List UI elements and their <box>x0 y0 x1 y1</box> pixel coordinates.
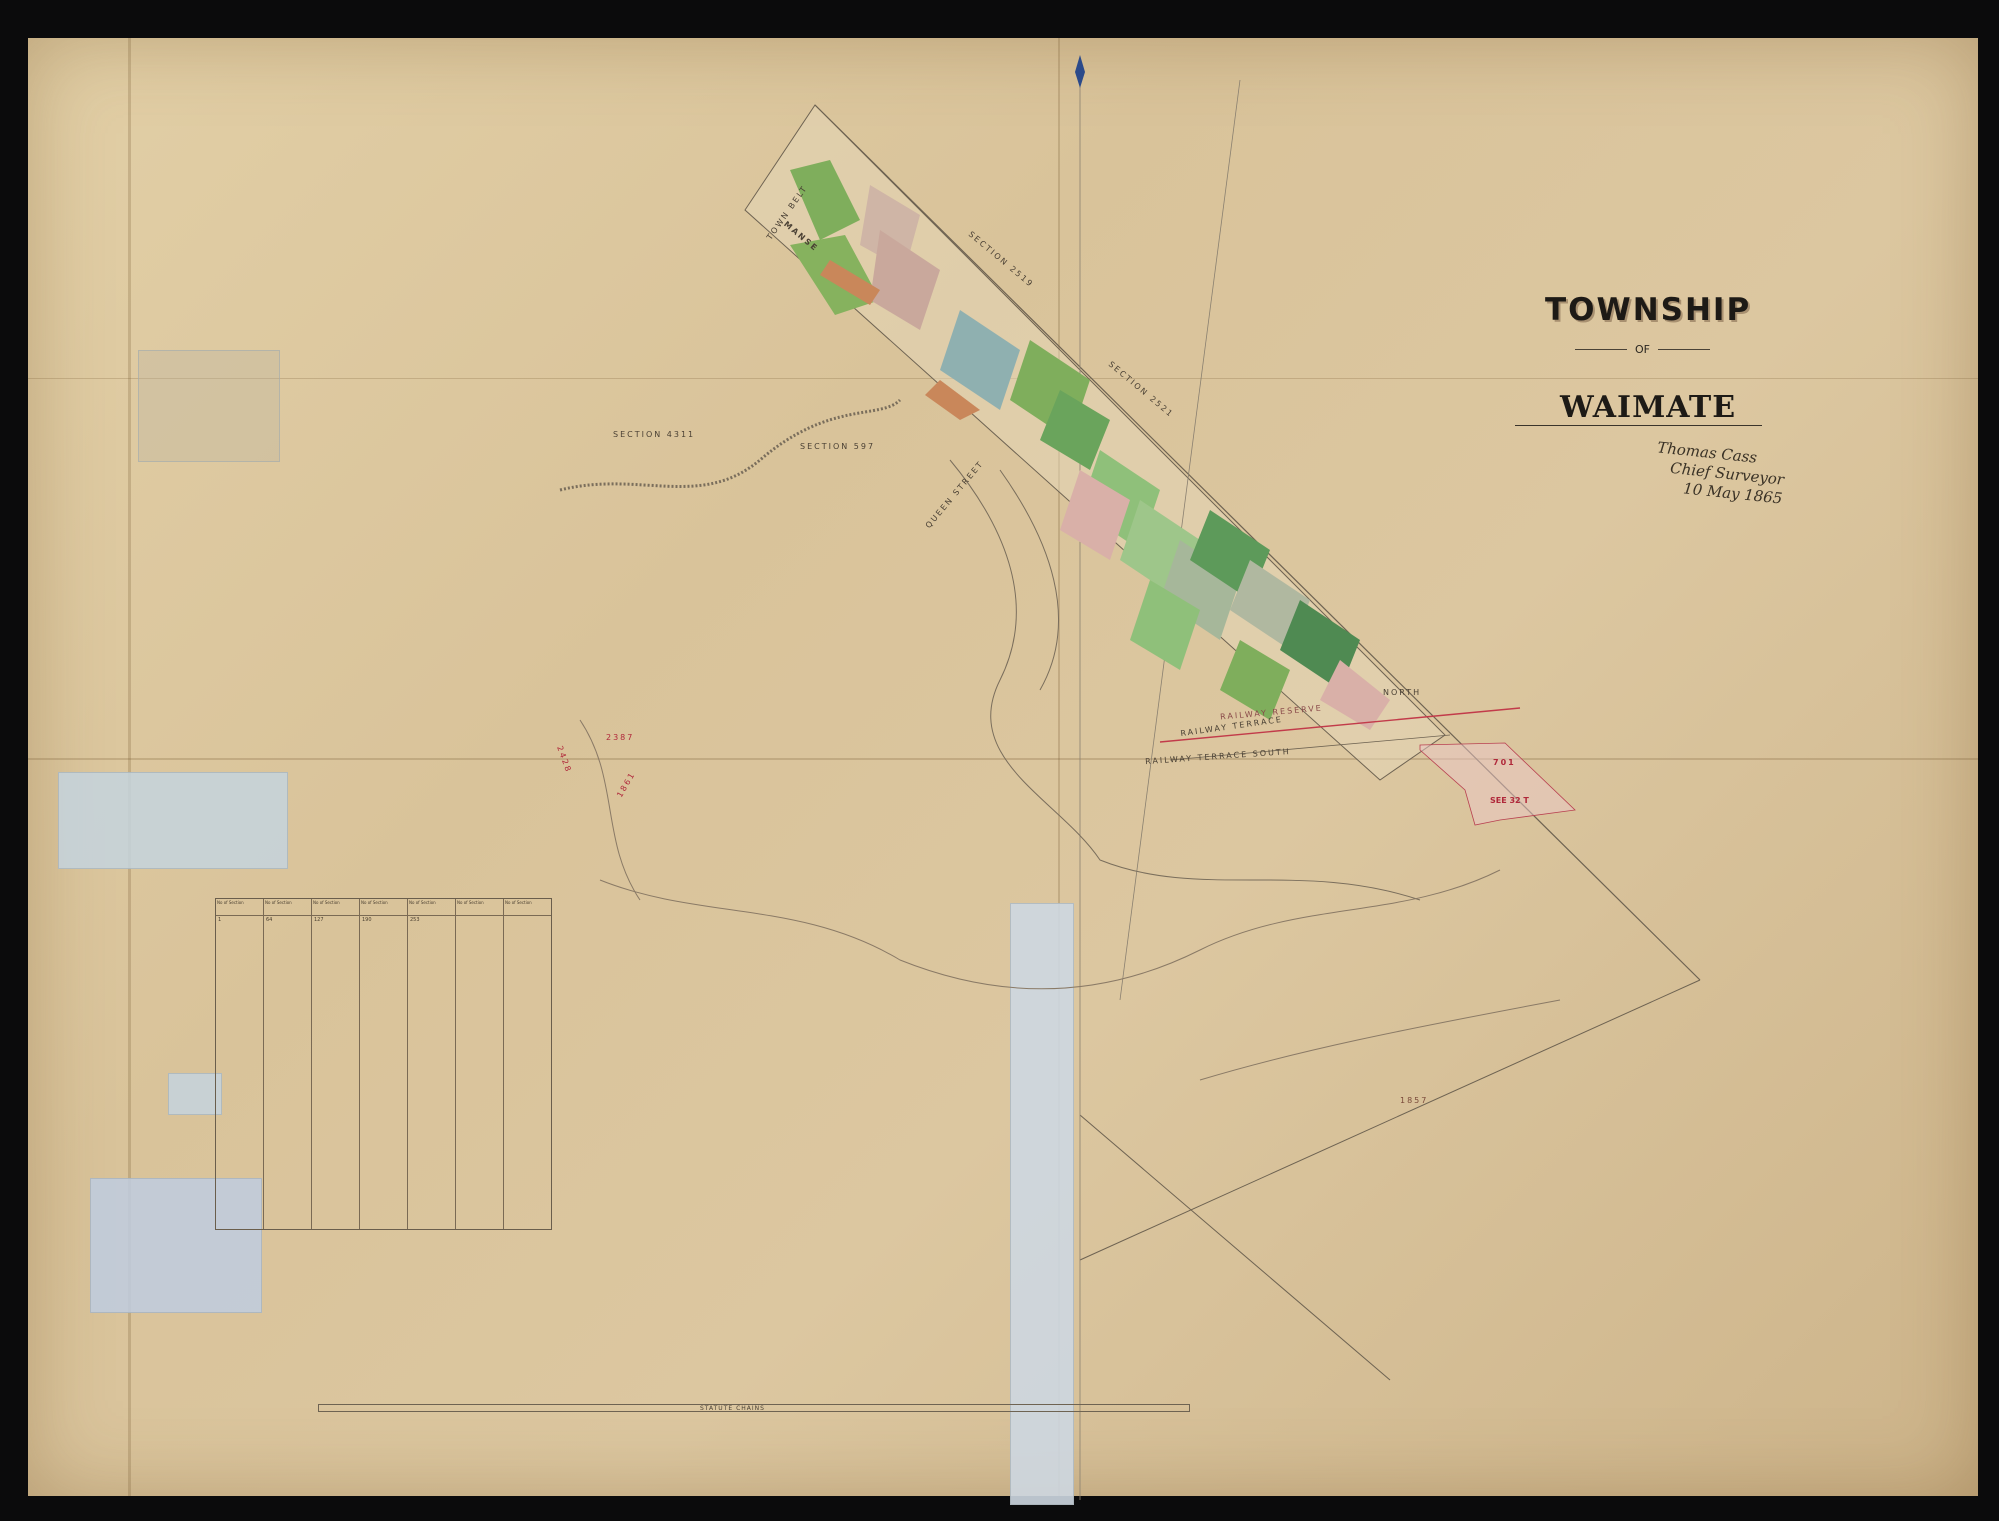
map-linework <box>0 0 1999 1521</box>
connector-text: OF <box>1635 343 1650 356</box>
table-column: No of Section253 <box>408 899 456 1229</box>
column-header: No of Section <box>504 899 551 916</box>
reserve-number: 701 <box>1493 758 1516 767</box>
table-column: No of Section127 <box>312 899 360 1229</box>
section-label: SECTION 597 <box>800 442 875 451</box>
title-connector: OF <box>1575 342 1710 356</box>
column-start: 190 <box>360 916 407 925</box>
reserve-label: SEE 32 T <box>1490 796 1529 805</box>
scale-label: STATUTE CHAINS <box>700 1405 765 1412</box>
column-start: 1 <box>216 916 263 925</box>
town-lots <box>790 160 1390 730</box>
table-column: No of Section1 <box>216 899 264 1229</box>
column-header: No of Section <box>264 899 311 916</box>
column-header: No of Section <box>312 899 359 916</box>
column-start: 127 <box>312 916 359 925</box>
column-start: 64 <box>264 916 311 925</box>
table-column: No of Section <box>456 899 504 1229</box>
section-schedule-table: No of Section1 No of Section64 No of Sec… <box>215 898 552 1230</box>
column-header: No of Section <box>360 899 407 916</box>
column-header: No of Section <box>456 899 503 916</box>
table-column: No of Section64 <box>264 899 312 1229</box>
column-start: 253 <box>408 916 455 925</box>
section-number: 2387 <box>606 733 634 742</box>
street-label: NORTH <box>1383 688 1421 697</box>
table-column: No of Section <box>504 899 551 1229</box>
map-title: TOWNSHIP <box>1545 292 1751 328</box>
table-column: No of Section190 <box>360 899 408 1229</box>
map-place-name: WAIMATE <box>1560 390 1736 425</box>
column-header: No of Section <box>216 899 263 916</box>
title-rule <box>1515 425 1762 426</box>
section-number: 1857 <box>1400 1096 1428 1105</box>
section-label: SECTION 4311 <box>613 430 695 439</box>
column-header: No of Section <box>408 899 455 916</box>
